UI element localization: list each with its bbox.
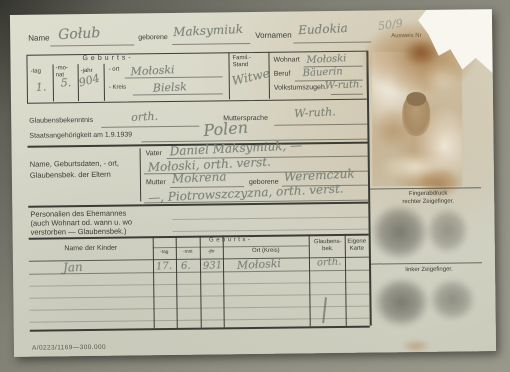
geborene-value: Maksymiuk	[173, 22, 243, 39]
fingerprint-left-label: linker Zeigefinger.	[383, 266, 475, 274]
glauben-underline	[101, 126, 199, 128]
geburts-title: Geburts-	[82, 54, 133, 63]
muttersprache-value: W-ruth.	[294, 105, 336, 120]
mutter-maiden-value: Weremczuk	[284, 167, 355, 184]
kreis-value: Bielsk	[153, 80, 188, 95]
card: Name Gołub geborene Maksymiuk Vornamen E…	[10, 9, 496, 357]
kinder-jahr-header: -jhr	[200, 249, 223, 255]
volkstum-value: W-ruth.	[325, 79, 363, 92]
form-number: A/0223/1169—300.000	[32, 344, 106, 352]
geborene-label: geborene	[138, 34, 168, 42]
staatsangehoerigkeit-value: Polen	[203, 118, 249, 141]
fingerprint-right-label-line1: Fingerabdruck	[382, 190, 474, 198]
eltern-label-line1: Name, Geburtsdaten, - ort,	[30, 160, 119, 170]
child-tag-value: 17.	[156, 261, 172, 273]
bottom-edge-stain	[402, 340, 430, 352]
ort-value: Mołoski	[130, 63, 174, 78]
vater-label: Vater	[146, 150, 162, 158]
ehemann-line	[173, 229, 369, 232]
ort-label: - ort	[109, 67, 120, 74]
muttersprache-underline	[274, 124, 367, 126]
vornamen-underline	[293, 42, 371, 44]
glauben-value: orth.	[131, 110, 158, 124]
photo-stain	[376, 108, 410, 148]
kinder-monat-header: -mnt	[176, 250, 200, 256]
kinder-tag-header: -tag	[153, 250, 176, 256]
fingerprint-left-smudge	[373, 277, 430, 328]
child-ort-value: Mołoski	[237, 257, 281, 272]
fingerprint-left-smudge	[429, 278, 476, 321]
child-jahr-value: 931	[203, 260, 223, 272]
beruf-value: Bäuerin	[302, 66, 343, 79]
staatsangehoerigkeit-label: Staatsangehörigkeit am 1.9.1939	[29, 131, 132, 140]
child-glauben-value: orth.	[317, 257, 342, 269]
ehemann-line	[172, 217, 368, 220]
kinder-ort-header: Ort (Kreis)	[223, 247, 309, 255]
fingerprint-section-rule	[370, 262, 482, 264]
mutter-label: Mutter	[146, 179, 166, 187]
fingerprint-right-smudge	[426, 207, 469, 254]
name-underline	[50, 44, 134, 46]
volkstum-label: Volkstumszugeh.	[274, 84, 327, 93]
kreis-label: - Kreis	[109, 85, 126, 92]
geborene-underline	[172, 43, 250, 45]
glauben-label: Glaubensbekenntnis	[29, 117, 93, 126]
wohnort-label: Wohnart	[273, 56, 299, 64]
kinder-karte-header: Eigene Karte	[346, 239, 368, 253]
fingerprint-right-smudge	[370, 204, 429, 261]
name-value: Gołub	[58, 25, 101, 43]
tag-value: 1.	[36, 80, 47, 93]
beruf-label: Beruf	[274, 71, 291, 79]
name-label: Name	[28, 33, 49, 42]
vornamen-label: Vornamen	[255, 31, 292, 41]
stray-pencil-mark	[322, 297, 326, 323]
kinder-name-header: Name der Kinder	[29, 244, 153, 254]
tag-label: -tag	[31, 69, 41, 76]
kinder-geburts-header: Geburts-	[153, 236, 309, 245]
vornamen-value: Eudokia	[298, 21, 348, 37]
mutter-name-value: Mokrena	[172, 169, 227, 186]
scanned-registration-card: Name Gołub geborene Maksymiuk Vornamen E…	[0, 0, 510, 372]
child-monat-value: 6.	[181, 261, 191, 272]
kinder-glauben-header: Glaubens- bek.	[311, 239, 345, 253]
wohnort-value: Mołoski	[306, 53, 346, 66]
eltern-label-line2: Glaubensbek. der Eltern	[30, 171, 111, 181]
monat-value: 5.	[60, 76, 71, 89]
divider	[140, 148, 142, 201]
